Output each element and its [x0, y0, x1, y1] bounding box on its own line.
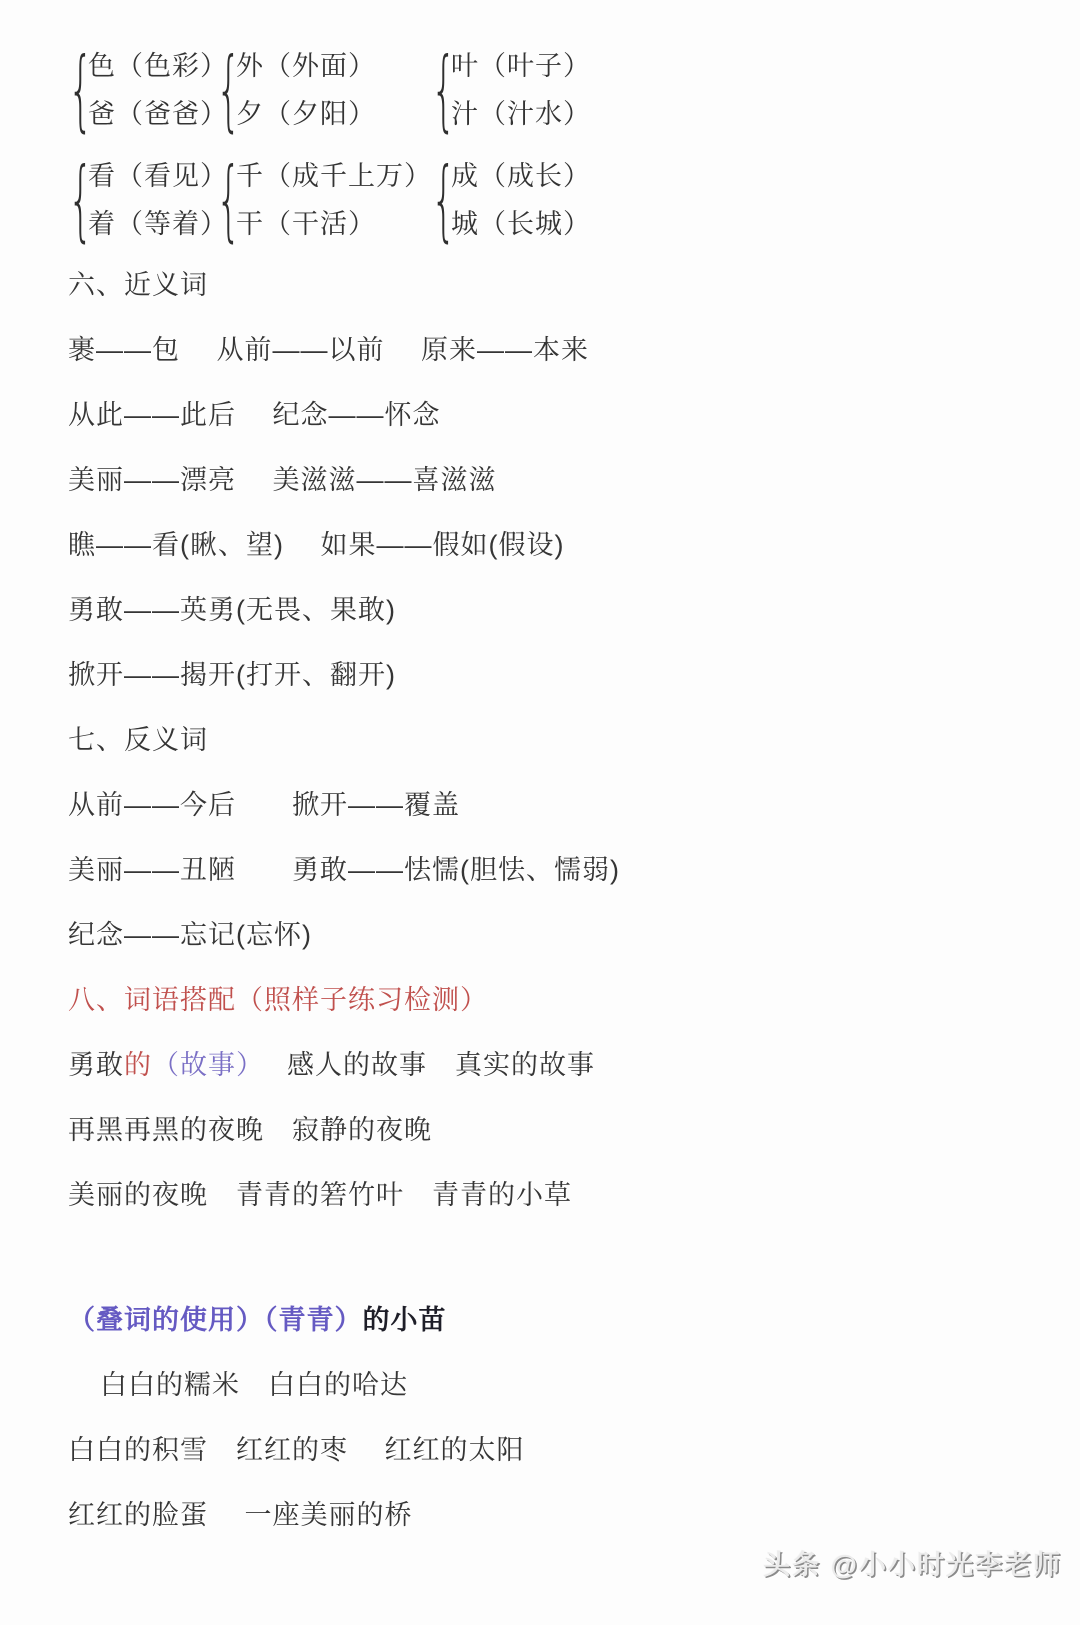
synonym-row-2: 从此——此后 纪念——怀念: [68, 400, 1080, 430]
brace-group: {外（外面）夕（夕阳）: [216, 42, 431, 138]
text-segment: 纪念——忘记(忘怀): [68, 920, 312, 950]
text-segment: 勇敢: [68, 1050, 124, 1080]
watermark-text: 头条 @小小时光李老师: [763, 1550, 1062, 1580]
brace-word-top: 外（外面）: [236, 42, 376, 90]
collocation-row-3: 美丽的夜晚 青青的箬竹叶 青青的小草: [68, 1180, 1080, 1210]
synonym-row-5: 勇敢——英勇(无畏、果敢): [68, 595, 1080, 625]
watermark: 头条 @小小时光李老师: [725, 1512, 1062, 1613]
synonym-row-6: 掀开——揭开(打开、翻开): [68, 660, 1080, 690]
brace-group: {叶（叶子）汁（汁水）: [431, 42, 591, 138]
brace-group: {千（成千上万）干（干活）: [216, 152, 431, 248]
text-segment: 从前——今后 掀开——覆盖: [68, 790, 460, 820]
synonym-row-1: 裹——包 从前——以前 原来——本来: [68, 335, 1080, 365]
text-segment: 八、词语搭配（照样子练习检测）: [68, 985, 488, 1015]
brace-word-pair: 色（色彩）爸（爸爸）: [88, 42, 228, 138]
reduplication-heading: （叠词的使用）（青青）的小苗: [68, 1305, 1080, 1335]
heading-collocation: 八、词语搭配（照样子练习检测）: [68, 985, 1080, 1015]
text-segment: 红红的脸蛋 一座美丽的桥: [68, 1500, 413, 1530]
worksheet-page: {色（色彩）爸（爸爸）{外（外面）夕（夕阳）{叶（叶子）汁（汁水）{看（看见）着…: [0, 0, 1080, 1625]
brace-word-pair: 成（成长）城（长城）: [451, 152, 591, 248]
text-segment: 裹——包 从前——以前 原来——本来: [68, 335, 589, 365]
brace-row: {色（色彩）爸（爸爸）{外（外面）夕（夕阳）{叶（叶子）汁（汁水）: [68, 42, 1080, 138]
brace-word-bottom: 干（干活）: [236, 200, 432, 248]
antonym-row-1: 从前——今后 掀开——覆盖: [68, 790, 1080, 820]
text-segment: 掀开——揭开(打开、翻开): [68, 660, 396, 690]
text-segment: 感人的故事 真实的故事: [251, 1050, 596, 1080]
brace-icon: {: [216, 42, 225, 138]
brace-word-pair: 千（成千上万）干（干活）: [236, 152, 432, 248]
brace-word-pair: 看（看见）着（等着）: [88, 152, 228, 248]
text-segment: 六、近义词: [68, 270, 208, 300]
brace-group: {色（色彩）爸（爸爸）: [68, 42, 216, 138]
brace-group: {看（看见）着（等着）: [68, 152, 216, 248]
text-segment: 的: [124, 1050, 152, 1080]
collocation-row-1: 勇敢的（故事） 感人的故事 真实的故事: [68, 1050, 1080, 1080]
brace-word-bottom: 着（等着）: [88, 200, 228, 248]
text-segment: （叠词的使用）（青青）: [68, 1305, 363, 1335]
brace-section: {色（色彩）爸（爸爸）{外（外面）夕（夕阳）{叶（叶子）汁（汁水）{看（看见）着…: [68, 42, 1080, 248]
text-segment: （故事）: [152, 1050, 251, 1080]
reduplication-row-1: 白白的糯米 白白的哈达: [68, 1370, 1080, 1400]
text-segment: 瞧——看(瞅、望) 如果——假如(假设): [68, 530, 564, 560]
antonym-row-2: 美丽——丑陋 勇敢——怯懦(胆怯、懦弱): [68, 855, 1080, 885]
text-segment: 的小苗: [363, 1305, 447, 1335]
synonym-row-3: 美丽——漂亮 美滋滋——喜滋滋: [68, 465, 1080, 495]
brace-word-bottom: 夕（夕阳）: [236, 90, 376, 138]
brace-icon: {: [216, 152, 225, 248]
antonym-row-3: 纪念——忘记(忘怀): [68, 920, 1080, 950]
brace-word-top: 叶（叶子）: [451, 42, 591, 90]
brace-word-bottom: 汁（汁水）: [451, 90, 591, 138]
brace-word-top: 千（成千上万）: [236, 152, 432, 200]
brace-icon: {: [68, 42, 77, 138]
text-segment: 白白的糯米 白白的哈达: [100, 1370, 408, 1400]
text-segment: 七、反义词: [68, 725, 208, 755]
brace-word-top: 色（色彩）: [88, 42, 228, 90]
brace-word-top: 看（看见）: [88, 152, 228, 200]
brace-word-pair: 叶（叶子）汁（汁水）: [451, 42, 591, 138]
text-segment: 美丽——漂亮 美滋滋——喜滋滋: [68, 465, 497, 495]
reduplication-row-2: 白白的积雪 红红的枣 红红的太阳: [68, 1435, 1080, 1465]
brace-word-top: 成（成长）: [451, 152, 591, 200]
heading-synonyms: 六、近义词: [68, 270, 1080, 300]
text-segment: 美丽——丑陋 勇敢——怯懦(胆怯、懦弱): [68, 855, 620, 885]
text-sections: 六、近义词裹——包 从前——以前 原来——本来从此——此后 纪念——怀念美丽——…: [68, 270, 1080, 1530]
brace-icon: {: [68, 152, 77, 248]
text-segment: 白白的积雪 红红的枣 红红的太阳: [68, 1435, 525, 1465]
heading-antonyms: 七、反义词: [68, 725, 1080, 755]
synonym-row-4: 瞧——看(瞅、望) 如果——假如(假设): [68, 530, 1080, 560]
brace-group: {成（成长）城（长城）: [431, 152, 591, 248]
text-segment: 从此——此后 纪念——怀念: [68, 400, 441, 430]
brace-word-bottom: 城（长城）: [451, 200, 591, 248]
text-segment: 美丽的夜晚 青青的箬竹叶 青青的小草: [68, 1180, 572, 1210]
text-segment: 勇敢——英勇(无畏、果敢): [68, 595, 396, 625]
brace-icon: {: [431, 42, 440, 138]
brace-word-pair: 外（外面）夕（夕阳）: [236, 42, 376, 138]
text-segment: 再黑再黑的夜晚 寂静的夜晚: [68, 1115, 432, 1145]
brace-row: {看（看见）着（等着）{千（成千上万）干（干活）{成（成长）城（长城）: [68, 152, 1080, 248]
brace-word-bottom: 爸（爸爸）: [88, 90, 228, 138]
brace-icon: {: [431, 152, 440, 248]
collocation-row-2: 再黑再黑的夜晚 寂静的夜晚: [68, 1115, 1080, 1145]
